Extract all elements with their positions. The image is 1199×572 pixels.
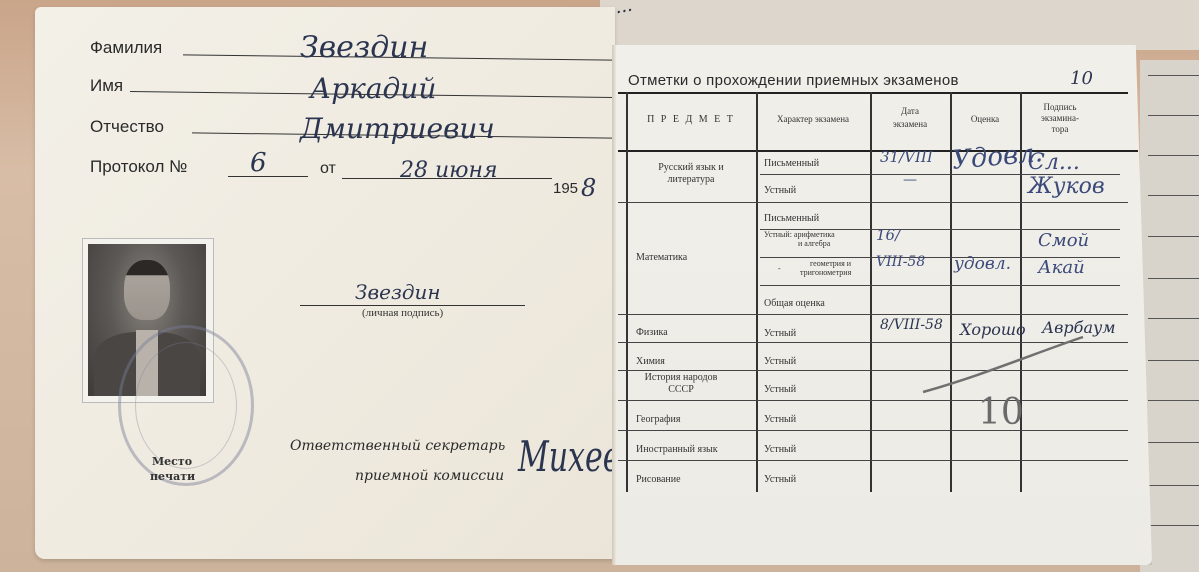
math-examiner-sig-1: Смой <box>1038 230 1089 251</box>
math-grade: удовл. <box>954 254 1011 274</box>
protocol-number: 6 <box>250 148 267 178</box>
header-signature-3: тора <box>1020 124 1100 135</box>
exam-results-table: П Р Е Д М Е Т Характер экзамена Дата экз… <box>618 92 1138 502</box>
secretary-title-line2: приемной комиссии <box>355 468 504 484</box>
type-drawing-oral: Устный <box>764 474 796 485</box>
protocol-label: Протокол № <box>90 157 187 177</box>
type-math-oral-1b: и алгебра <box>798 239 830 248</box>
subject-math: Математика <box>636 252 687 263</box>
surname-value: Звездин <box>300 30 428 65</box>
subject-russian-2: литература <box>626 174 756 185</box>
protocol-year-suffix: 8 <box>581 174 596 202</box>
background-paper-top <box>600 0 1199 50</box>
header-exam-type: Характер экзамена <box>756 114 870 125</box>
russian-oral-date: — <box>903 172 917 188</box>
type-math-total: Общая оценка <box>764 298 825 309</box>
type-foreign-oral: Устный <box>764 444 796 455</box>
subject-history-2: СССР <box>626 384 736 395</box>
type-chemistry-oral: Устный <box>764 356 796 367</box>
secretary-title-line1: Ответственный секретарь <box>290 438 505 454</box>
first-name-value: Аркадий <box>310 72 436 105</box>
first-name-label: Имя <box>90 76 123 96</box>
russian-examiner-sig-2: Жуков <box>1028 174 1105 199</box>
surname-label: Фамилия <box>90 38 162 58</box>
type-geography-oral: Устный <box>764 414 796 425</box>
stamp-place-label-1: Место <box>152 455 192 468</box>
protocol-year-prefix: 195 <box>553 180 578 197</box>
type-physics-oral: Устный <box>764 328 796 339</box>
type-history-oral: Устный <box>764 384 796 395</box>
header-date-2: экзамена <box>870 119 950 130</box>
header-subject: П Р Е Д М Е Т <box>626 114 756 125</box>
russian-written-date: 31/VIII <box>880 148 933 166</box>
type-math-oral-2a: геометрия и <box>810 259 851 268</box>
math-oral-date-2: VIII-58 <box>876 254 925 270</box>
signature-line <box>300 305 525 306</box>
page-fold <box>612 45 616 565</box>
type-math-oral-2b: тригонометрия <box>800 268 851 277</box>
subject-geography: География <box>636 414 680 425</box>
header-signature-2: экзамина- <box>1020 113 1100 124</box>
signature-caption: (личная подпись) <box>362 307 443 319</box>
math-oral-date-1: 16/ <box>876 226 900 244</box>
protocol-date: 28 июня <box>400 158 498 183</box>
protocol-from-label: от <box>320 160 336 178</box>
header-signature-1: Подпись <box>1020 102 1100 113</box>
exam-table-title: Отметки о прохождении приемных экзаменов <box>628 72 959 89</box>
patronymic-value: Дмитриевич <box>300 112 495 145</box>
russian-examiner-sig-1: Сл... <box>1028 150 1080 175</box>
physics-date: 8/VIII-58 <box>880 317 943 333</box>
page-number: 10 <box>1070 68 1093 89</box>
type-russian-written: Письменный <box>764 158 819 169</box>
math-examiner-sig-2: Акай <box>1038 257 1085 278</box>
personal-signature: Звездин <box>355 280 441 304</box>
subject-history-1: История народов <box>626 372 736 383</box>
type-math-oral-2-dash: - <box>778 264 781 273</box>
protocol-number-line <box>228 176 308 177</box>
type-russian-oral: Устный <box>764 185 796 196</box>
subject-drawing: Рисование <box>636 474 681 485</box>
subject-physics: Физика <box>636 327 668 338</box>
scrap-handwriting: ... <box>613 0 634 18</box>
type-math-written: Письменный <box>764 213 819 224</box>
header-date-1: Дата <box>870 106 950 117</box>
header-grade: Оценка <box>950 114 1020 125</box>
subject-chemistry: Химия <box>636 356 665 367</box>
subject-russian-1: Русский язык и <box>626 162 756 173</box>
subject-foreign-language: Иностранный язык <box>636 444 718 455</box>
type-math-oral-1a: Устный: арифметика <box>764 230 835 239</box>
stamp-place-label-2: печати <box>150 470 195 483</box>
patronymic-label: Отчество <box>90 117 164 137</box>
strike-stroke <box>918 332 1088 402</box>
